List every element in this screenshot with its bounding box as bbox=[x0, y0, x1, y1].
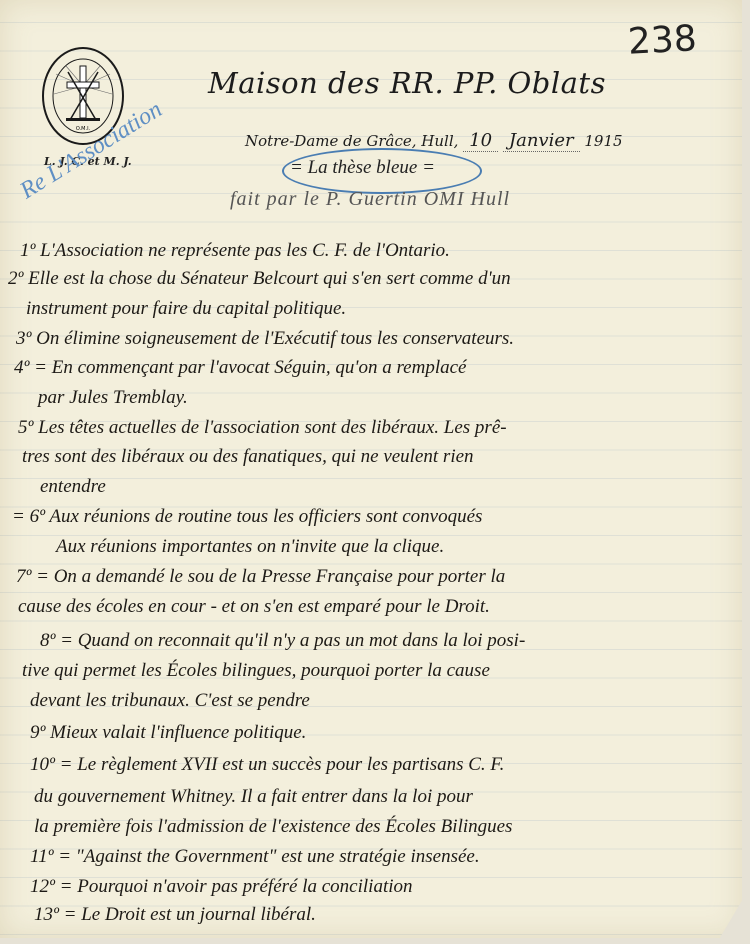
body-line: 9º Mieux valait l'influence politique. bbox=[30, 722, 306, 744]
place: Notre-Dame de Grâce, Hull, bbox=[245, 132, 458, 150]
body-line: cause des écoles en cour - et on s'en es… bbox=[18, 596, 490, 618]
body-line: 4º = En commençant par l'avocat Séguin, … bbox=[14, 357, 466, 379]
place-date-line: Notre-Dame de Grâce, Hull, 10 Janvier 19… bbox=[245, 130, 623, 151]
day: 10 bbox=[463, 130, 498, 152]
body-line: 10º = Le règlement XVII est un succès po… bbox=[30, 754, 504, 776]
pencil-attribution-note: fait par le P. Guertin OMI Hull bbox=[230, 188, 510, 211]
body-line: la première fois l'admission de l'existe… bbox=[34, 816, 512, 838]
body-line: par Jules Tremblay. bbox=[38, 387, 188, 409]
body-line: 3º On élimine soigneusement de l'Exécuti… bbox=[16, 328, 514, 350]
body-line: = 6º Aux réunions de routine tous les of… bbox=[12, 506, 482, 528]
body-line: du gouvernement Whitney. Il a fait entre… bbox=[34, 786, 473, 808]
body-line: 1º L'Association ne représente pas les C… bbox=[20, 240, 450, 262]
year: 1915 bbox=[584, 132, 622, 150]
month: Janvier bbox=[503, 130, 580, 152]
body-line: 7º = On a demandé le sou de la Presse Fr… bbox=[16, 566, 505, 588]
body-line: 2º Elle est la chose du Sénateur Belcour… bbox=[8, 268, 511, 290]
letter-page: O.M.I. L. J. C. et M. J. 238 Maison des … bbox=[0, 0, 742, 938]
body-line: 11º = "Against the Government" est une s… bbox=[30, 846, 480, 868]
page-number: 238 bbox=[627, 18, 698, 63]
body-line: tive qui permet les Écoles bilingues, po… bbox=[22, 660, 490, 682]
body-line: Aux réunions importantes on n'invite que… bbox=[56, 536, 444, 558]
body-line: instrument pour faire du capital politiq… bbox=[26, 298, 346, 320]
document-title: = La thèse bleue = bbox=[290, 157, 435, 179]
body-line: 8º = Quand on reconnait qu'il n'y a pas … bbox=[40, 630, 525, 652]
body-line: entendre bbox=[40, 476, 106, 498]
letterhead-heading: Maison des RR. PP. Oblats bbox=[208, 66, 606, 100]
body-line: 12º = Pourquoi n'avoir pas préféré la co… bbox=[30, 876, 413, 898]
body-line: tres sont des libéraux ou des fanatiques… bbox=[22, 446, 474, 468]
body-line: 13º = Le Droit est un journal libéral. bbox=[34, 904, 316, 926]
body-line: 5º Les têtes actuelles de l'association … bbox=[18, 417, 507, 439]
body-line: devant les tribunaux. C'est se pendre bbox=[30, 690, 310, 712]
svg-text:O.M.I.: O.M.I. bbox=[76, 126, 91, 132]
